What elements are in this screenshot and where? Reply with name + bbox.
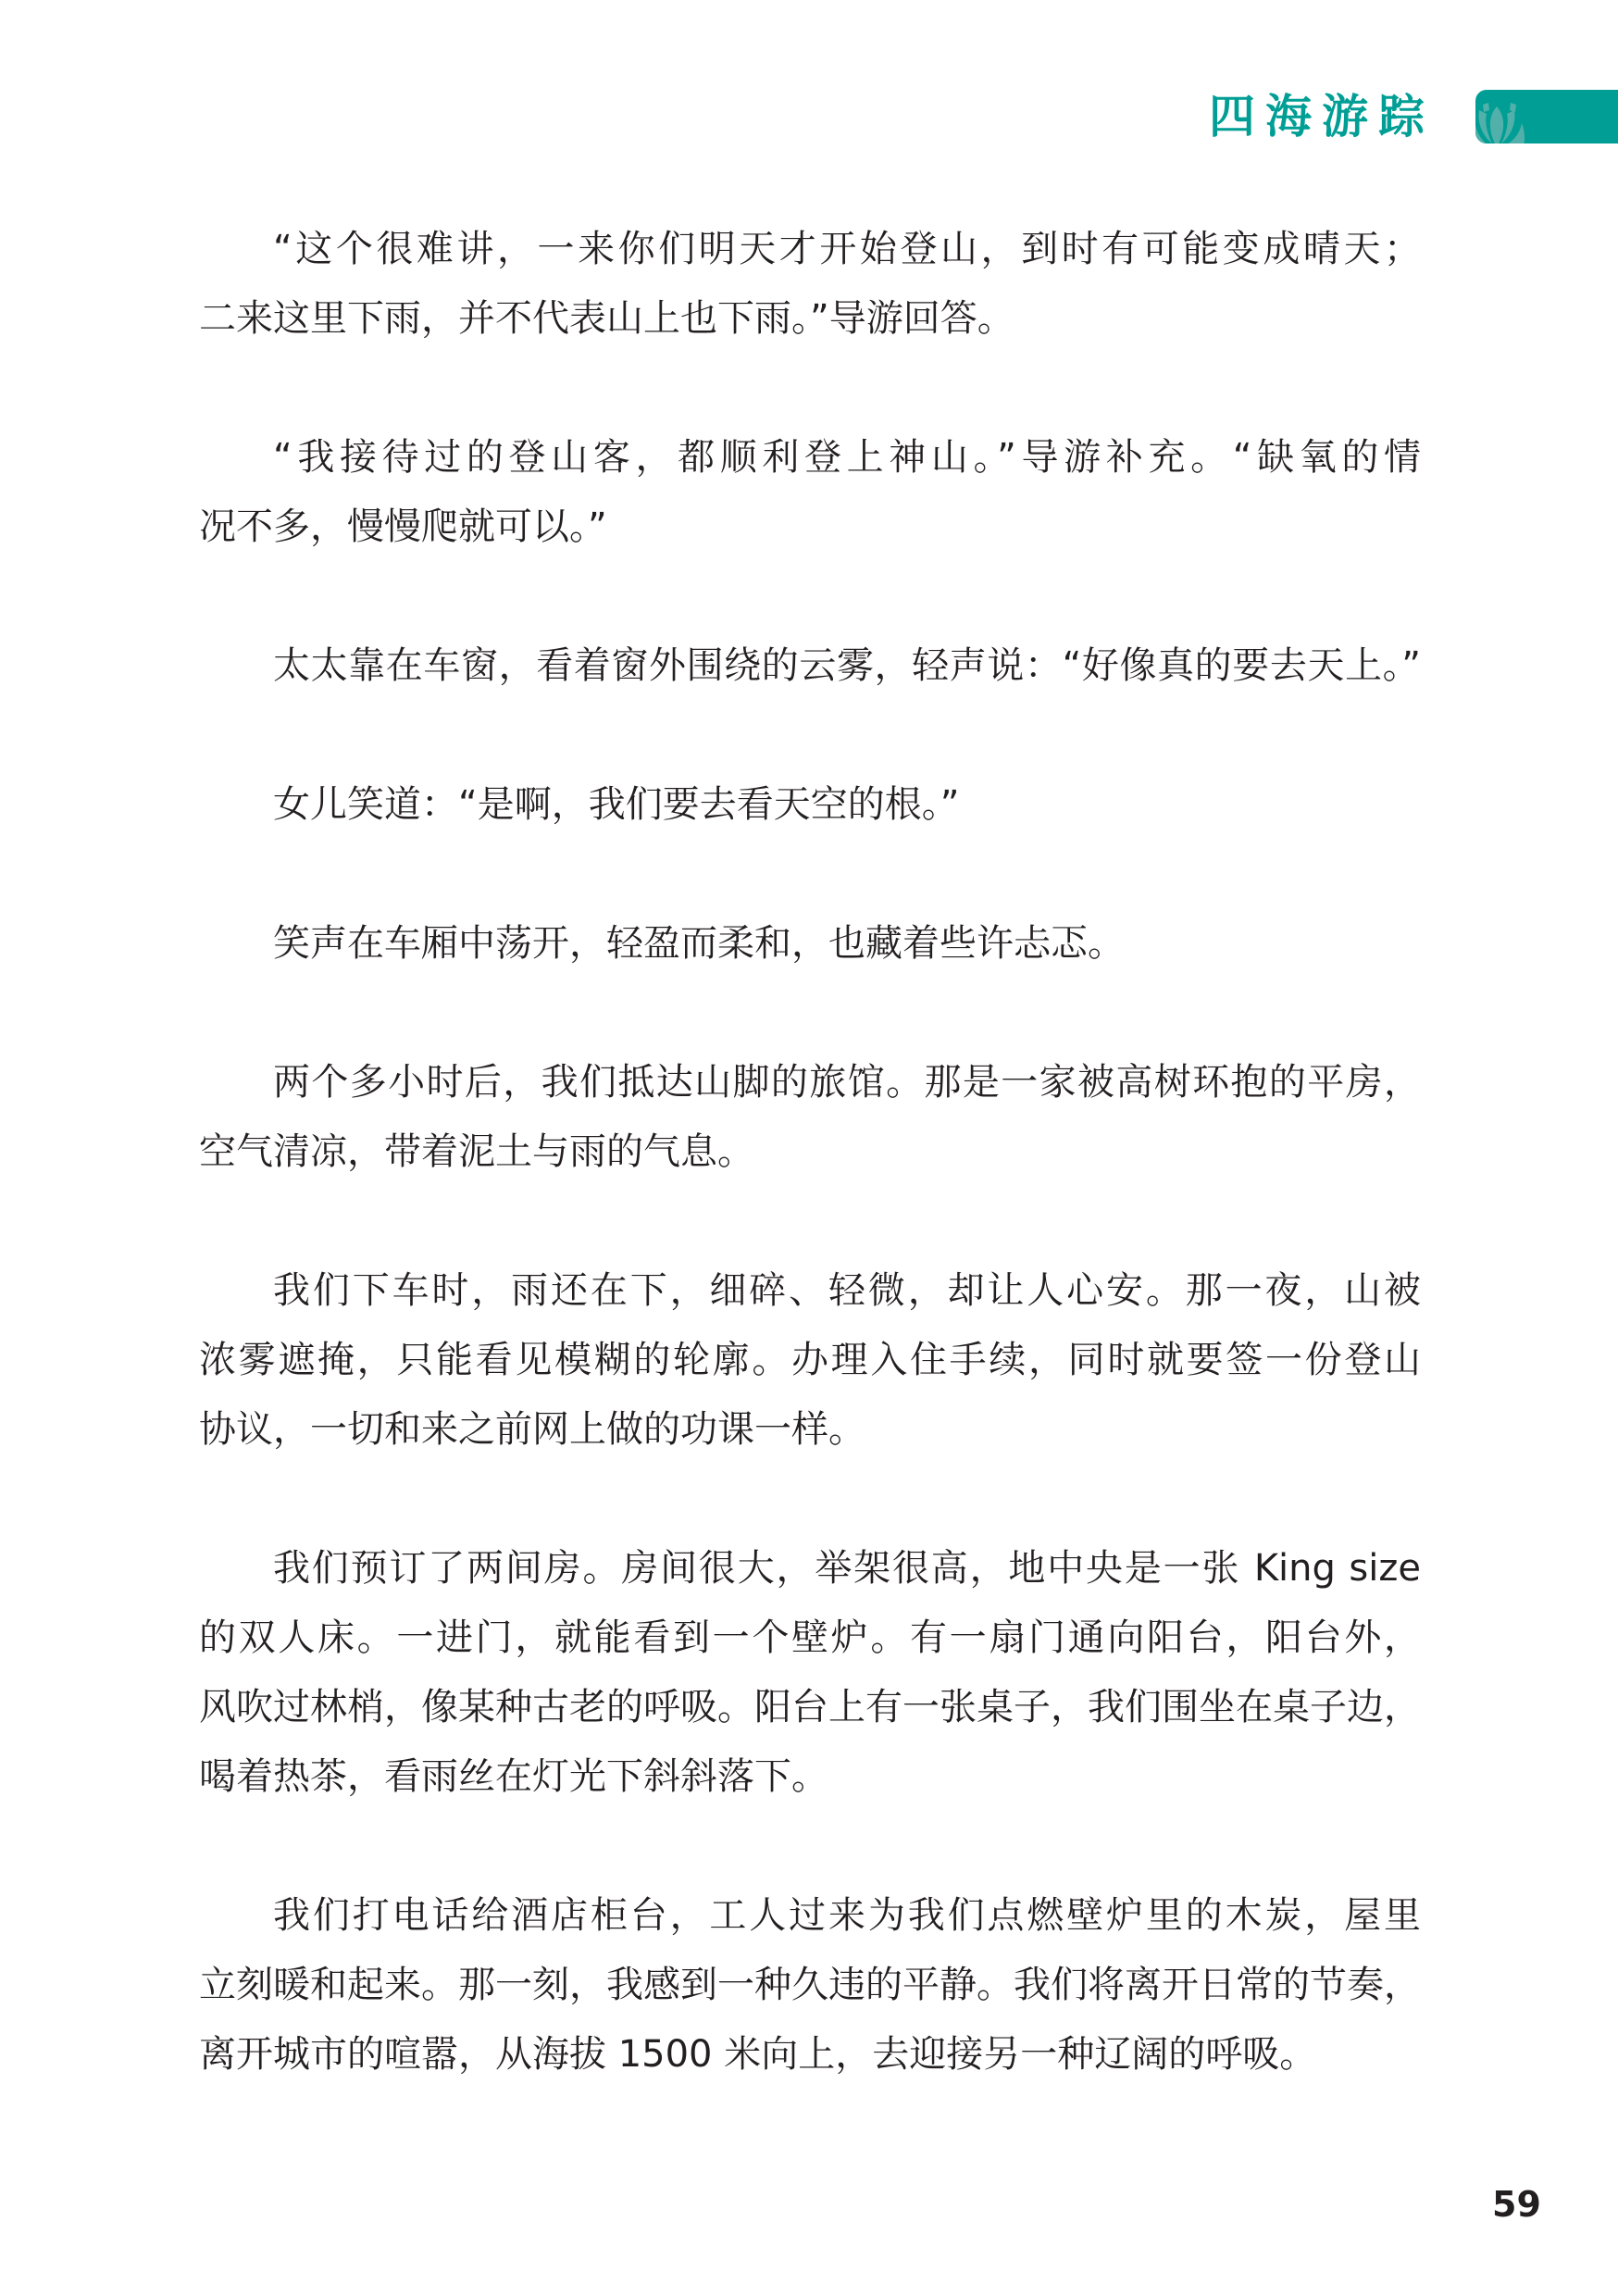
- text-line: “这个很难讲，一来你们明天才开始登山，到时有可能变成晴天；: [199, 215, 1421, 284]
- text-line: 笑声在车厢中荡开，轻盈而柔和，也藏着些许忐忑。: [199, 909, 1421, 979]
- paragraph-9: 我们打电话给酒店柜台，工人过来为我们点燃壁炉里的木炭，屋里 立刻暖和起来。那一刻…: [199, 1881, 1421, 2090]
- text-line: 我们打电话给酒店柜台，工人过来为我们点燃壁炉里的木炭，屋里: [199, 1881, 1421, 1951]
- text-line: 太太靠在车窗，看着窗外围绕的云雾，轻声说：“好像真的要去天上。”: [199, 631, 1421, 701]
- text-line: 风吹过林梢，像某种古老的呼吸。阳台上有一张桌子，我们围坐在桌子边，: [199, 1673, 1421, 1742]
- text-line: 我们预订了两间房。房间很大，举架很高，地中央是一张 King size: [199, 1534, 1421, 1603]
- text-line: 两个多小时后，我们抵达山脚的旅馆。那是一家被高树环抱的平房，: [199, 1048, 1421, 1117]
- paragraph-6: 两个多小时后，我们抵达山脚的旅馆。那是一家被高树环抱的平房， 空气清凉，带着泥土…: [199, 1048, 1421, 1187]
- text-line: 喝着热茶，看雨丝在灯光下斜斜落下。: [199, 1742, 1421, 1812]
- text-line: 浓雾遮掩，只能看见模糊的轮廓。办理入住手续，同时就要签一份登山: [199, 1326, 1421, 1395]
- text-line: 空气清凉，带着泥土与雨的气息。: [199, 1117, 1421, 1187]
- paragraph-8: 我们预订了两间房。房间很大，举架很高，地中央是一张 King size 的双人床…: [199, 1534, 1421, 1812]
- text-line: 立刻暖和起来。那一刻，我感到一种久违的平静。我们将离开日常的节奏，: [199, 1951, 1421, 2020]
- paragraph-5: 笑声在车厢中荡开，轻盈而柔和，也藏着些许忐忑。: [199, 909, 1421, 979]
- paragraph-7: 我们下车时，雨还在下，细碎、轻微，却让人心安。那一夜，山被 浓雾遮掩，只能看见模…: [199, 1256, 1421, 1465]
- book-section-title: 四海游踪: [1209, 89, 1435, 144]
- article-body: “这个很难讲，一来你们明天才开始登山，到时有可能变成晴天； 二来这里下雨，并不代…: [199, 215, 1421, 2159]
- paragraph-3: 太太靠在车窗，看着窗外围绕的云雾，轻声说：“好像真的要去天上。”: [199, 631, 1421, 701]
- lotus-icon: [1475, 90, 1618, 143]
- text-line: 况不多，慢慢爬就可以。”: [199, 493, 1421, 562]
- paragraph-1: “这个很难讲，一来你们明天才开始登山，到时有可能变成晴天； 二来这里下雨，并不代…: [199, 215, 1421, 354]
- page-number: 59: [1492, 2183, 1541, 2226]
- text-line: “我接待过的登山客，都顺利登上神山。”导游补充。“缺氧的情: [199, 423, 1421, 493]
- paragraph-4: 女儿笑道：“是啊，我们要去看天空的根。”: [199, 770, 1421, 840]
- text-line: 二来这里下雨，并不代表山上也下雨。”导游回答。: [199, 284, 1421, 354]
- paragraph-2: “我接待过的登山客，都顺利登上神山。”导游补充。“缺氧的情 况不多，慢慢爬就可以…: [199, 423, 1421, 562]
- text-line: 协议，一切和来之前网上做的功课一样。: [199, 1395, 1421, 1465]
- text-line: 离开城市的喧嚣，从海拔 1500 米向上，去迎接另一种辽阔的呼吸。: [199, 2020, 1421, 2090]
- text-line: 的双人床。一进门，就能看到一个壁炉。有一扇门通向阳台，阳台外，: [199, 1603, 1421, 1673]
- text-line: 女儿笑道：“是啊，我们要去看天空的根。”: [199, 770, 1421, 840]
- text-line: 我们下车时，雨还在下，细碎、轻微，却让人心安。那一夜，山被: [199, 1256, 1421, 1326]
- header-accent-bar: [1475, 90, 1618, 143]
